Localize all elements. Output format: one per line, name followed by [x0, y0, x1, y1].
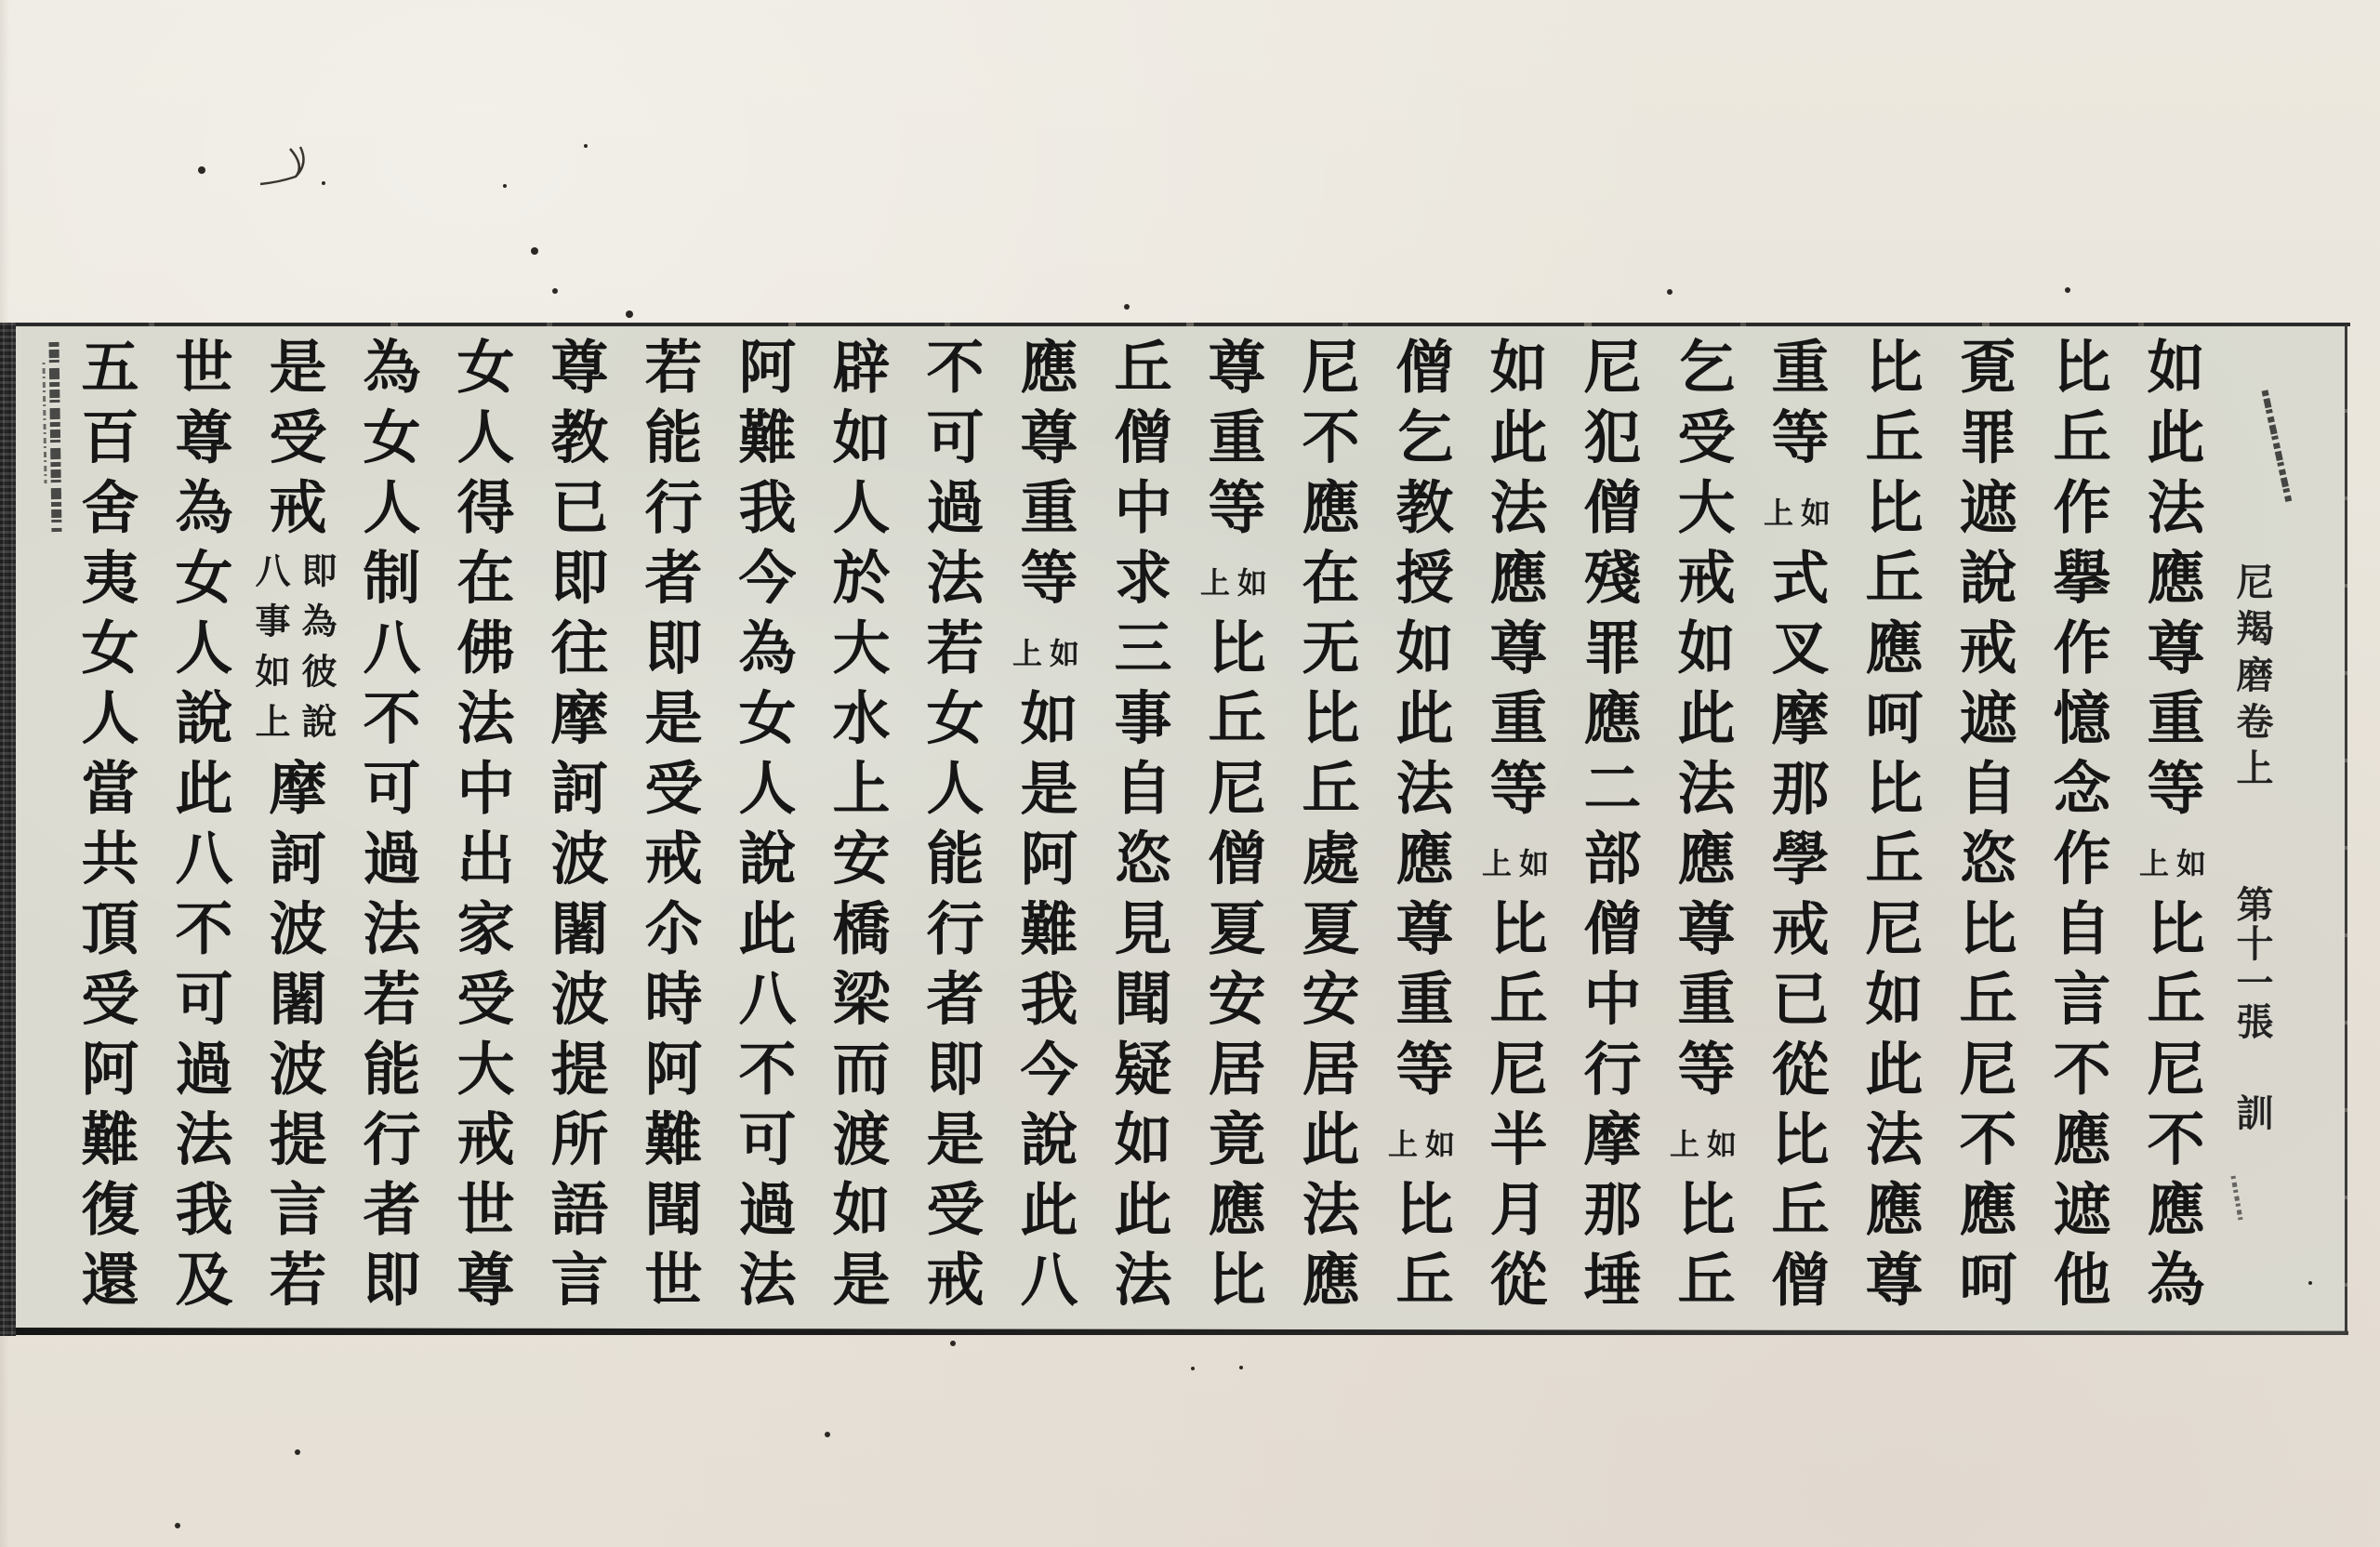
text-column-20: 為女人制八不可過法若能行者即	[340, 337, 433, 1319]
column-text: 世尊為女人說此八不可過法我及	[152, 337, 245, 1319]
interlinear-note: 如 上	[1749, 477, 1842, 548]
column-text: 比丘尼半月從	[1467, 898, 1560, 1319]
note-line-right: 如	[1703, 1129, 1737, 1158]
interlinear-note: 如 上	[1185, 548, 1278, 618]
column-text: 若能行者即是受戒尒時阿難聞世	[622, 337, 715, 1319]
column-text: 如此法應尊重等	[2124, 337, 2217, 828]
note-line-left: 上	[1478, 848, 1512, 878]
text-column-13: 應尊重等 如 上 如是阿難我今說此八	[998, 337, 1091, 1319]
text-column-2: 比丘作擧作憶念作自言不應遮他	[2030, 337, 2123, 1319]
column-text: 丘僧中求三事自恣見聞疑如此法	[1091, 337, 1184, 1319]
text-column-21: 是受戒 即為彼說 八事如上 摩訶波闍波提言若	[246, 337, 339, 1319]
note-line-left: 上	[2135, 848, 2169, 878]
text-column-4: 比丘比丘應呵比丘尼如此法應尊	[1843, 337, 1936, 1319]
text-column-15: 辟如人於大水上安橋梁而渡如是	[810, 337, 903, 1319]
column-text: 覔罪遮說戒遮自恣比丘尼不應呵	[1937, 337, 2030, 1319]
text-column-8: 如此法應尊重等 如 上 比丘尼半月從	[1467, 337, 1560, 1319]
column-text: 不可過法若女人能行者即是受戒	[904, 337, 997, 1319]
column-text: 為女人制八不可過法若能行者即	[340, 337, 433, 1319]
text-column-22: 世尊為女人說此八不可過法我及	[152, 337, 245, 1319]
margin-page-label: 第十一張	[2228, 885, 2275, 1041]
text-column-6: 乞受大戒如此法應尊重等 如 上 比丘	[1655, 337, 1748, 1319]
note-line-right: 如	[1797, 497, 1831, 527]
column-text: 尼犯僧殘罪應二部僧中行摩那埵	[1561, 337, 1654, 1319]
column-text: 比丘作擧作憶念作自言不應遮他	[2030, 337, 2123, 1319]
note-line-right: 即為彼說	[297, 552, 336, 753]
text-column-1: 如此法應尊重等 如 上 比丘尼不應為	[2124, 337, 2217, 1319]
note-line-left: 上	[1384, 1129, 1418, 1158]
text-column-23: 五百舍夷女人當共頂受阿難復還	[59, 337, 152, 1319]
interlinear-note: 如 上	[1467, 828, 1560, 899]
column-text: 辟如人於大水上安橋梁而渡如是	[810, 337, 903, 1319]
text-column-18: 尊教已即往摩訶波闍波提所語言	[528, 337, 621, 1319]
text-column-7: 尼犯僧殘罪應二部僧中行摩那埵	[1561, 337, 1654, 1319]
column-text: 是受戒	[246, 337, 339, 548]
note-line-right: 如	[1421, 1129, 1455, 1158]
column-text: 僧乞教授如此法應尊重等	[1373, 337, 1466, 1109]
column-text: 重等	[1749, 337, 1842, 477]
note-line-right: 如	[2173, 848, 2206, 878]
column-text: 乞受大戒如此法應尊重等	[1655, 337, 1748, 1109]
column-text: 應尊重等	[998, 337, 1091, 617]
text-column-16: 阿難我今為女人說此八不可過法	[716, 337, 809, 1319]
column-text: 如此法應尊重等	[1467, 337, 1560, 828]
column-text: 尼不應在无比丘處夏安居此法應	[1279, 337, 1372, 1319]
column-text: 五百舍夷女人當共頂受阿難復還	[59, 337, 152, 1319]
column-text: 比丘比丘應呵比丘尼如此法應尊	[1843, 337, 1936, 1319]
text-column-12: 丘僧中求三事自恣見聞疑如此法	[1091, 337, 1184, 1319]
text-column-14: 不可過法若女人能行者即是受戒	[904, 337, 997, 1319]
column-text: 女人得在佛法中出家受大戒世尊	[434, 337, 527, 1319]
text-column-9: 僧乞教授如此法應尊重等 如 上 比丘	[1373, 337, 1466, 1319]
note-line-right: 如	[1046, 638, 1079, 668]
note-line-left: 八事如上	[250, 552, 289, 753]
note-line-left: 上	[1009, 638, 1042, 668]
column-text: 阿難我今為女人說此八不可過法	[716, 337, 809, 1319]
interlinear-note: 即為彼說 八事如上	[246, 548, 339, 759]
column-text: 比丘	[1373, 1179, 1466, 1319]
note-line-left: 上	[1197, 567, 1230, 597]
interlinear-note: 如 上	[998, 617, 1091, 688]
frame-left-rule	[0, 323, 16, 1336]
note-line-left: 上	[1760, 497, 1793, 527]
note-line-left: 上	[1666, 1129, 1699, 1158]
frame-top-rule	[0, 323, 2350, 326]
text-column-19: 女人得在佛法中出家受大戒世尊	[434, 337, 527, 1319]
interlinear-note: 如 上	[1655, 1109, 1748, 1180]
text-column-3: 覔罪遮說戒遮自恣比丘尼不應呵	[1937, 337, 2030, 1319]
interlinear-note: 如 上	[1373, 1109, 1466, 1180]
text-column-17: 若能行者即是受戒尒時阿難聞世	[622, 337, 715, 1319]
column-text: 比丘尼僧夏安居竟應比	[1185, 617, 1278, 1319]
text-column-10: 尼不應在无比丘處夏安居此法應	[1279, 337, 1372, 1319]
text-column-11: 尊重等 如 上 比丘尼僧夏安居竟應比	[1185, 337, 1278, 1319]
column-text: 比丘尼不應為	[2124, 898, 2217, 1319]
frame-right-rule	[2345, 325, 2347, 1333]
interlinear-note: 如 上	[2124, 828, 2217, 899]
text-column-5: 重等 如 上 式叉摩那學戒已從比丘僧	[1749, 337, 1842, 1319]
note-line-right: 如	[1234, 567, 1267, 597]
column-text: 摩訶波闍波提言若	[246, 758, 339, 1319]
note-line-right: 如	[1515, 848, 1549, 878]
margin-mark: 訓	[2228, 1093, 2275, 1130]
column-text: 如是阿難我今說此八	[998, 688, 1091, 1320]
margin-title: 尼羯磨卷上	[2228, 562, 2275, 795]
column-text: 尊重等	[1185, 337, 1278, 548]
column-text: 比丘	[1655, 1179, 1748, 1319]
column-text: 式叉摩那學戒已從比丘僧	[1749, 548, 1842, 1320]
column-text: 尊教已即往摩訶波闍波提所語言	[528, 337, 621, 1319]
